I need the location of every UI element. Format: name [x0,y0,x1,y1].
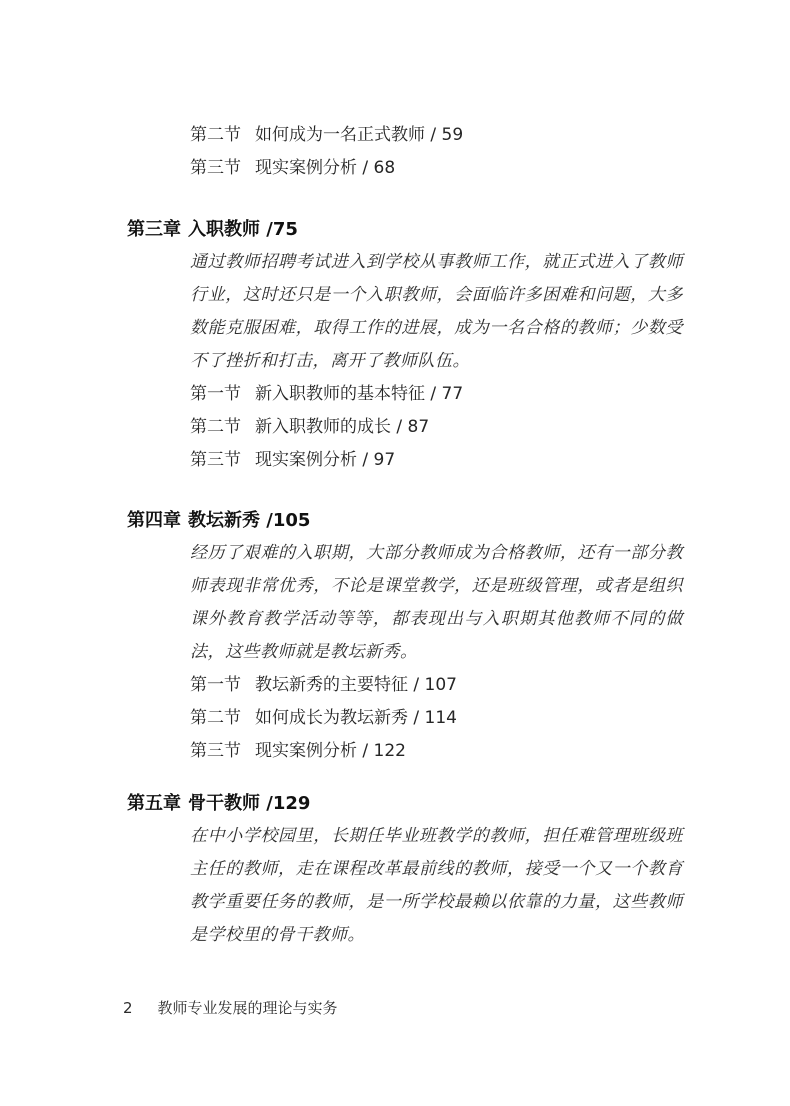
chapter-heading: 第五章 骨干教师 /129 [127,787,683,820]
chapter-title: 教坛新秀 /105 [188,504,310,537]
chapter-heading: 第四章 教坛新秀 /105 [127,504,683,537]
section-label: 第二节 [190,702,241,735]
section-title: 新入职教师的基本特征 / 77 [255,378,463,411]
chapter-title: 入职教师 /75 [188,213,298,246]
toc-page: 第二节 如何成为一名正式教师 / 59 第三节 现实案例分析 / 68 第三章 … [0,0,790,1106]
section-label: 第三节 [190,152,241,185]
chapter-label: 第五章 [127,787,181,820]
section-label: 第二节 [190,119,241,152]
section-label: 第一节 [190,669,241,702]
toc-section-item: 第三节 现实案例分析 / 122 [190,735,683,768]
toc-section-item: 第二节 新入职教师的成长 / 87 [190,411,683,444]
section-title: 现实案例分析 / 68 [255,152,395,185]
toc-section-item: 第三节 现实案例分析 / 97 [190,444,683,477]
section-title: 教坛新秀的主要特征 / 107 [255,669,457,702]
page-footer: 2 教师专业发展的理论与实务 [123,998,338,1018]
section-title: 如何成长为教坛新秀 / 114 [255,702,457,735]
chapter-heading: 第三章 入职教师 /75 [127,213,683,246]
section-title: 如何成为一名正式教师 / 59 [255,119,463,152]
chapter-label: 第三章 [127,213,181,246]
book-title: 教师专业发展的理论与实务 [158,998,338,1018]
section-title: 新入职教师的成长 / 87 [255,411,429,444]
toc-section-item: 第二节 如何成为一名正式教师 / 59 [190,119,683,152]
chapter-intro-paragraph: 经历了艰难的入职期，大部分教师成为合格教师，还有一部分教师表现非常优秀，不论是课… [190,537,683,669]
chapter-intro-paragraph: 在中小学校园里，长期任毕业班教学的教师，担任难管理班级班主任的教师，走在课程改革… [190,820,683,952]
chapter-title: 骨干教师 /129 [188,787,310,820]
toc-section-item: 第一节 新入职教师的基本特征 / 77 [190,378,683,411]
chapter-intro-paragraph: 通过教师招聘考试进入到学校从事教师工作，就正式进入了教师行业，这时还只是一个入职… [190,246,683,378]
chapter-label: 第四章 [127,504,181,537]
toc-section-item: 第一节 教坛新秀的主要特征 / 107 [190,669,683,702]
toc-content: 第二节 如何成为一名正式教师 / 59 第三节 现实案例分析 / 68 第三章 … [127,119,683,952]
section-label: 第一节 [190,378,241,411]
toc-section-item: 第二节 如何成长为教坛新秀 / 114 [190,702,683,735]
toc-section-item: 第三节 现实案例分析 / 68 [190,152,683,185]
section-title: 现实案例分析 / 97 [255,444,395,477]
section-label: 第三节 [190,735,241,768]
section-title: 现实案例分析 / 122 [255,735,406,768]
section-label: 第二节 [190,411,241,444]
section-label: 第三节 [190,444,241,477]
page-number: 2 [123,998,133,1018]
